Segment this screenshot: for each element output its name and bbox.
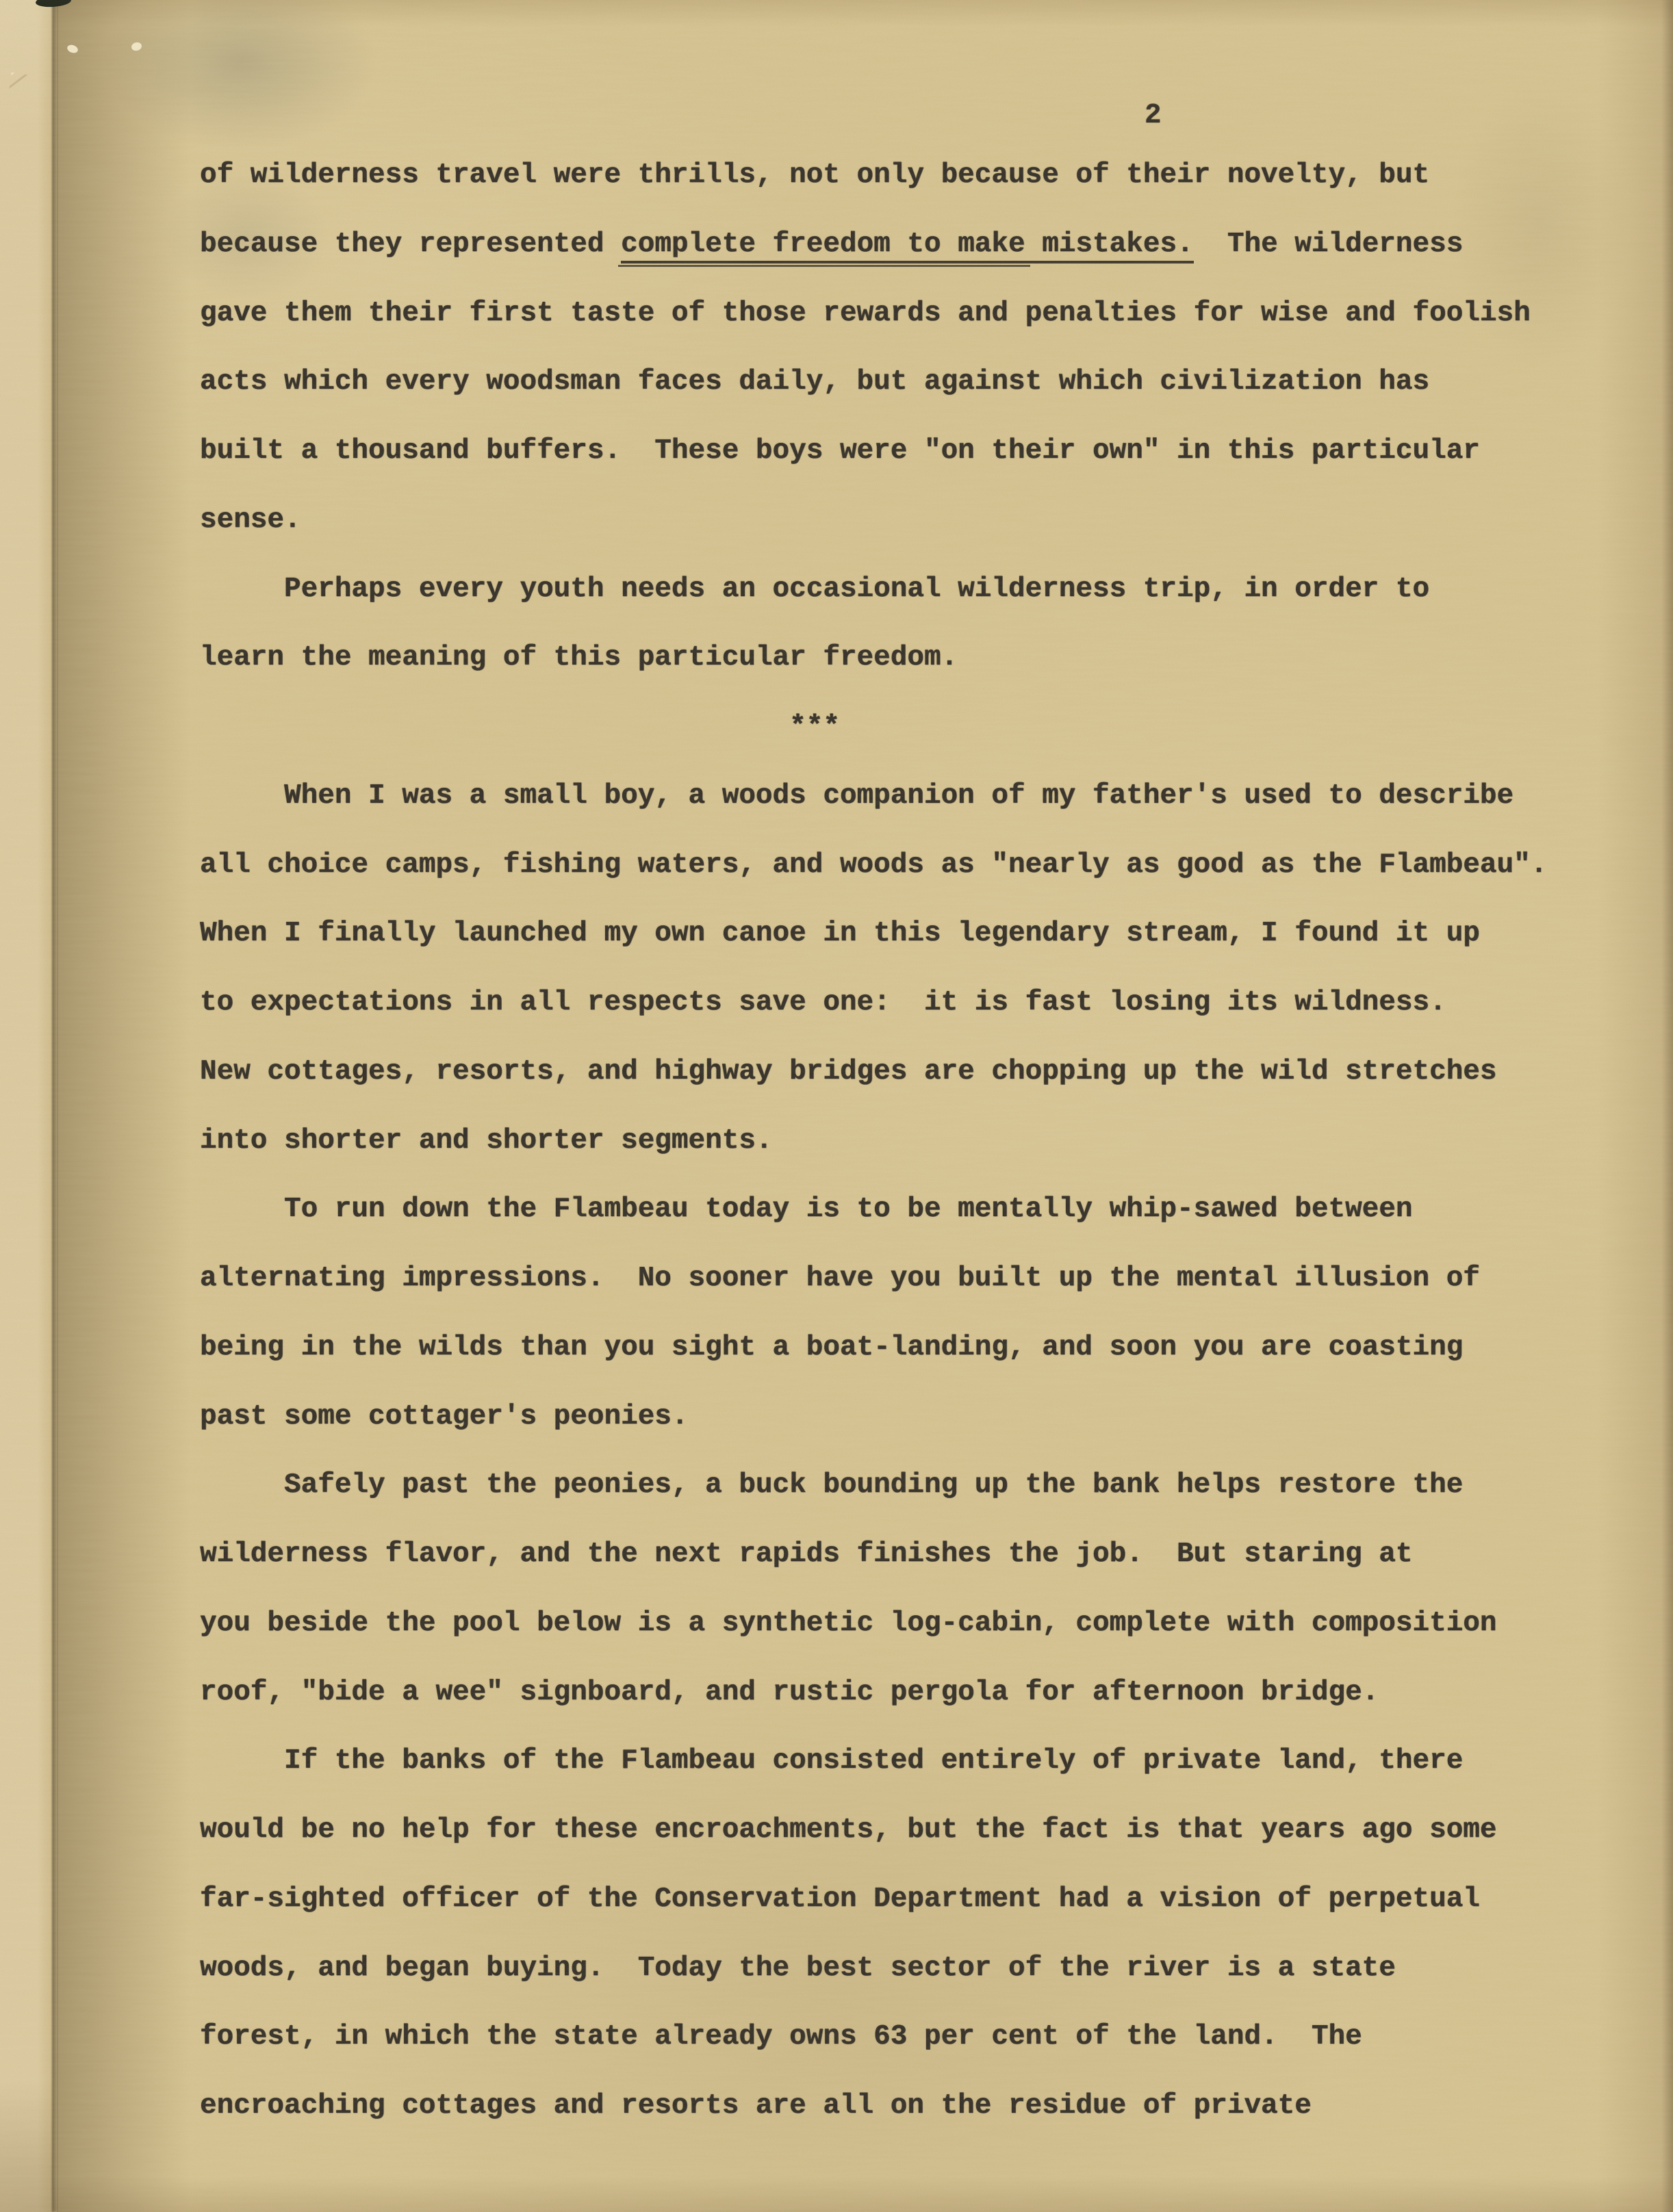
underlined-phrase: complete freedom to make mistakes. <box>621 229 1194 263</box>
gutter-shadow <box>57 0 190 2212</box>
scanned-page: 2 of wilderness travel were thrills, not… <box>0 0 1673 2212</box>
text-line: to expectations in all respects save one… <box>200 968 1610 1038</box>
text-line: If the banks of the Flambeau consisted e… <box>200 1727 1610 1796</box>
typed-text: of wilderness travel were thrills, not o… <box>200 141 1610 2141</box>
page-number: 2 <box>1145 100 1162 131</box>
text-line: Safely past the peonies, a buck bounding… <box>200 1451 1610 1520</box>
text-line: far-sighted officer of the Conservation … <box>200 1865 1610 1934</box>
text-line: acts which every woodsman faces daily, b… <box>200 348 1610 417</box>
text-line: past some cottager's peonies. <box>200 1382 1610 1452</box>
text-line: *** <box>200 693 1610 762</box>
text-line: you beside the pool below is a synthetic… <box>200 1589 1610 1658</box>
text-line: built a thousand buffers. These boys wer… <box>200 417 1610 486</box>
text-line: because they represented complete freedo… <box>200 210 1610 279</box>
text-line: To run down the Flambeau today is to be … <box>200 1175 1610 1244</box>
text-line: being in the wilds than you sight a boat… <box>200 1313 1610 1382</box>
text-line: encroaching cottages and resorts are all… <box>200 2072 1610 2141</box>
text-line: sense. <box>200 486 1610 555</box>
text-line: When I was a small boy, a woods companio… <box>200 762 1610 831</box>
previous-page-edge <box>0 0 53 2212</box>
text-line: roof, "bide a wee" signboard, and rustic… <box>200 1658 1610 1727</box>
text-line: of wilderness travel were thrills, not o… <box>200 141 1610 210</box>
text-line: alternating impressions. No sooner have … <box>200 1244 1610 1313</box>
text-line: learn the meaning of this particular fre… <box>200 623 1610 693</box>
text-line: would be no help for these encroachments… <box>200 1796 1610 1865</box>
text-line: New cottages, resorts, and highway bridg… <box>200 1038 1610 1107</box>
text-line: wilderness flavor, and the next rapids f… <box>200 1520 1610 1589</box>
text-line: forest, in which the state already owns … <box>200 2003 1610 2072</box>
text-line: woods, and began buying. Today the best … <box>200 1934 1610 2003</box>
text-line: gave them their first taste of those rew… <box>200 279 1610 348</box>
text-line: When I finally launched my own canoe in … <box>200 899 1610 968</box>
text-line: Perhaps every youth needs an occasional … <box>200 555 1610 624</box>
text-line: into shorter and shorter segments. <box>200 1107 1610 1176</box>
text-line: all choice camps, fishing waters, and wo… <box>200 831 1610 900</box>
